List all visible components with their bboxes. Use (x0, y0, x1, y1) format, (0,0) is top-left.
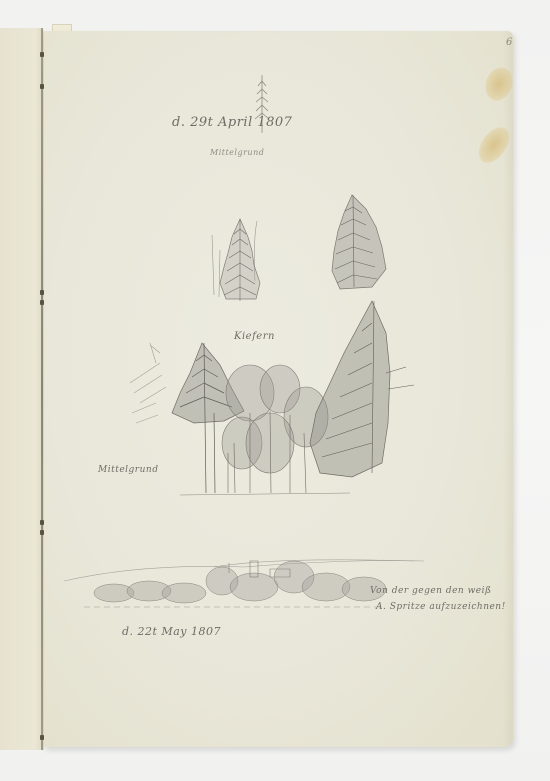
date-annotation-bottom: d. 22t May 1807 (122, 625, 221, 638)
small-spruce-sketch (202, 215, 272, 305)
forest-edge-sketch (120, 293, 420, 505)
sketchbook-page: 6 d. 29t April 1807 Mittelgrund Kiefern (44, 31, 513, 747)
side-note-line1: Von der gegen den weiß (370, 586, 492, 596)
left-page-edge (0, 28, 44, 750)
side-note-line2: A. Spritze aufzuzeichnen! (376, 602, 506, 612)
date-annotation-top: d. 29t April 1807 (172, 115, 292, 130)
page-number: 6 (506, 37, 512, 48)
label-mittelgrund-left: Mittelgrund (98, 465, 158, 475)
label-mittelgrund-top: Mittelgrund (210, 148, 264, 157)
book-gutter (41, 28, 43, 750)
right-spruce-sketch (326, 191, 396, 291)
landscape-panorama-sketch (64, 551, 424, 613)
